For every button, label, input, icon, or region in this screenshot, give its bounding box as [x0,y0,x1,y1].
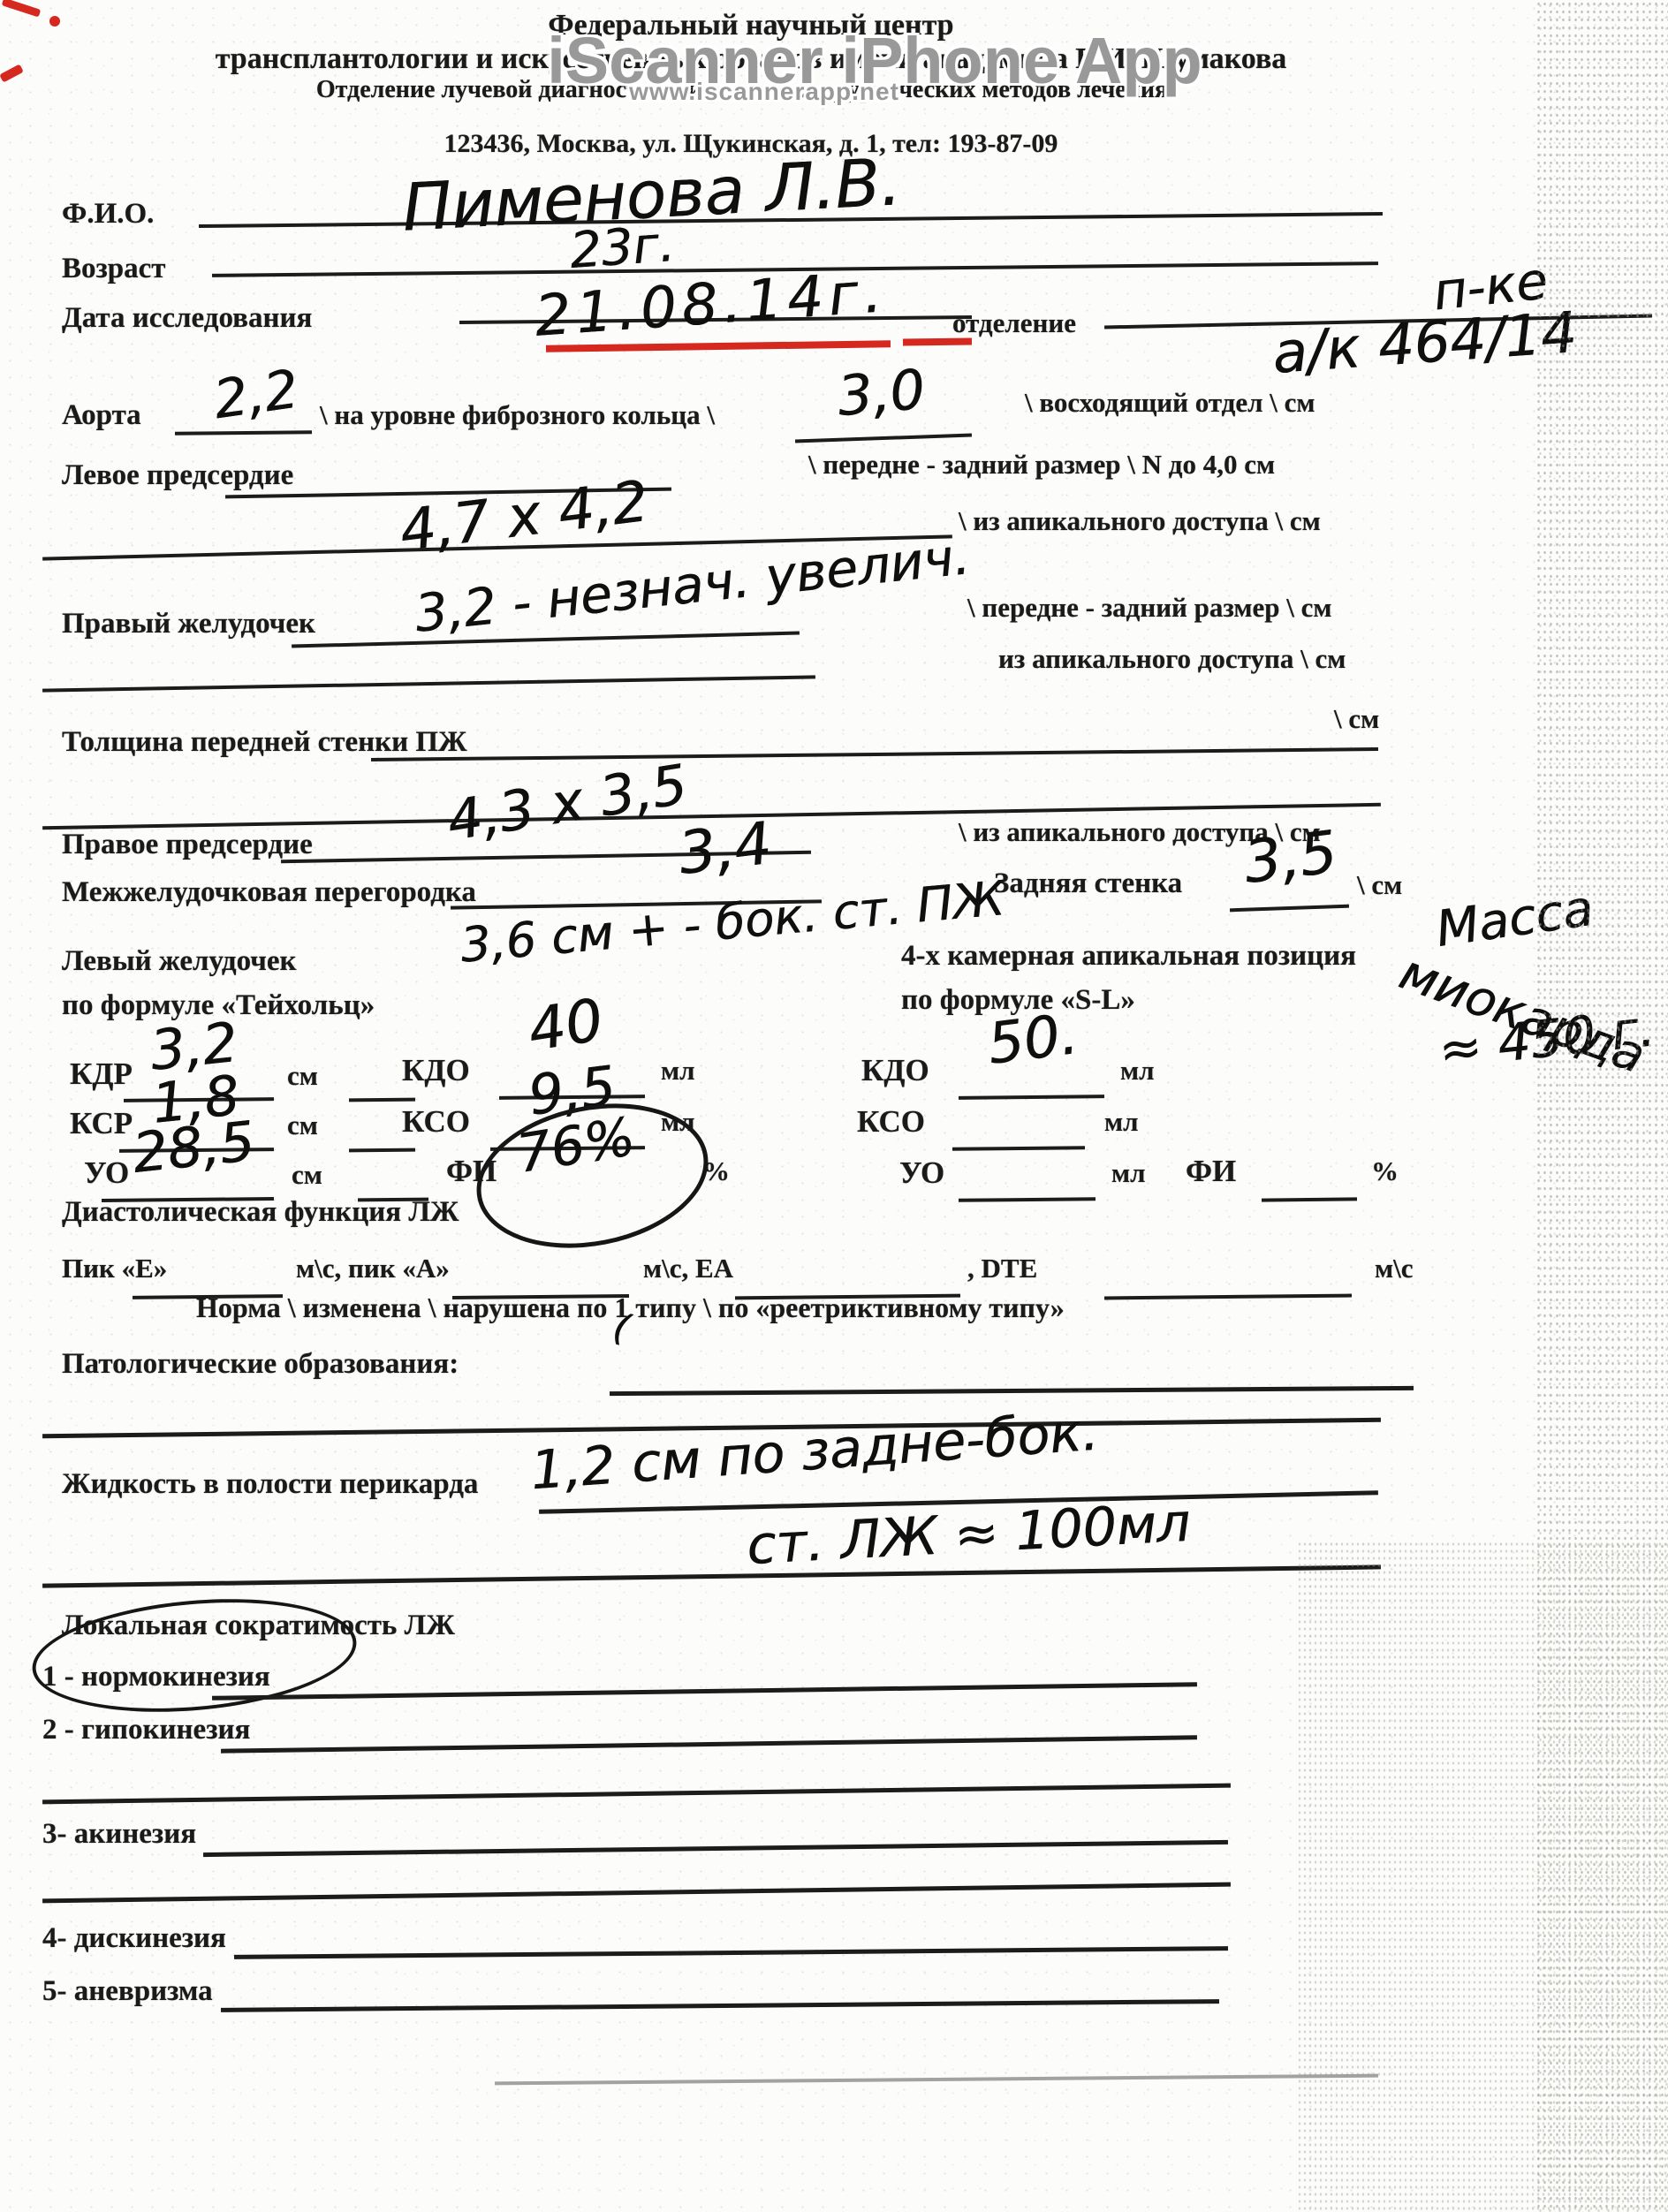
contractility-item-1: 1 - нормокинезия [42,1661,270,1693]
contractility-item-5: 5- аневризма [42,1975,213,2008]
rv-wall-line [371,747,1378,761]
sl-uo-unit: мл [1111,1157,1146,1189]
peak-a-unit-ea-label: м\с, ЕА [643,1253,733,1284]
mass-note-word1: Масса [1432,880,1596,958]
aorta-value2: 3,0 [835,357,928,428]
contractility-item-3: 3- акинезия [42,1818,196,1851]
left-atrium-value: 4,7 х 4,2 [397,469,652,564]
age-handwritten: 23г. [568,216,677,280]
kdo-unit: мл [661,1055,695,1087]
contractility-line-1 [212,1682,1197,1701]
kdo-value: 40 [523,986,607,1064]
diastolic-title: Диастолическая функция ЛЖ [62,1196,459,1229]
sl-kso-line [952,1146,1085,1151]
lv-header-line1: Левый желудочек [62,945,297,978]
sl-fi-unit: % [1371,1155,1399,1187]
sl-kso-label: КСО [857,1104,925,1140]
posterior-wall-line [1230,905,1349,913]
sl-fi-line [1262,1197,1357,1201]
divider-line [42,1882,1231,1904]
kdo-label: КДО [402,1053,470,1088]
left-atrium-right-label: \ передне - задний размер \ N до 4,0 см [808,449,1275,481]
contractility-line-2 [221,1735,1197,1753]
uo-value: 28,5 [130,1109,258,1186]
rv-wall-cm-label: \ см [1334,703,1379,735]
aorta-label: Аорта [62,399,141,432]
aorta-value-line [175,430,312,436]
contractility-item-4: 4- дискинезия [42,1922,226,1955]
ksr-unit: см [287,1110,318,1141]
red-pen-mark [0,64,24,82]
ksr-dash [349,1148,415,1153]
right-ventricle-right-label: \ передне - задний размер \ см [967,592,1332,624]
department-handwritten-bottom: а/к 464/14 [1270,300,1579,387]
posterior-wall-unit: \ см [1357,869,1402,901]
kso-label: КСО [402,1104,470,1140]
dte-unit: м\с [1375,1253,1414,1284]
dte-label: , DTE [967,1253,1037,1284]
contractility-line-3 [203,1840,1228,1857]
normokinesia-circle-annotation [27,1587,360,1724]
posterior-wall-value: 3,5 [1240,818,1341,897]
sl-kso-unit: мл [1104,1106,1139,1138]
pericardium-value-line1: 1,2 см по задне-бок. [528,1401,1100,1503]
septum-value: 3,4 [675,809,776,888]
contractility-line-4 [234,1946,1228,1959]
right-atrium-label: Правое предсердие [62,829,313,861]
uo-label: УО [84,1155,129,1191]
scan-artifact-line [495,2074,1378,2086]
ksr-label: КСР [70,1106,133,1141]
peak-e-label: Пик «Е» [62,1253,167,1284]
sl-kdo-unit: мл [1120,1055,1155,1087]
apical4-header-line1: 4-х камерная апикальная позиция [901,940,1356,973]
kdr-dash [349,1098,415,1102]
department-label: отделение [952,307,1076,339]
pathology-label: Патологические образования: [62,1348,459,1381]
aorta-right-label: \ восходящий отдел \ см [1025,387,1315,419]
sl-kdo-label: КДО [861,1053,929,1088]
peak-e-unit-a-label: м\с, пик «А» [296,1253,450,1284]
pathology-line [610,1386,1414,1396]
right-ventricle-apical-line [42,675,815,692]
left-atrium-label: Левое предсердие [62,459,293,492]
age-label: Возраст [62,253,165,285]
scanned-echo-report-page: Федеральный научный центр трансплантолог… [0,0,1668,2212]
dte-line [1104,1294,1352,1300]
sl-kdo-value: 50. [984,1002,1081,1078]
divider-line [42,1784,1231,1805]
sl-fi-label: ФИ [1186,1154,1236,1189]
aorta-mid-label: \ на уровне фиброзного кольца \ [320,399,715,431]
contractility-item-2: 2 - гипокинезия [42,1714,250,1746]
septum-label: Межжелудочковая перегородка [62,876,476,909]
scan-noise-bottom-corner [1297,1541,1668,2212]
sl-uo-line [959,1197,1096,1202]
kdr-unit: см [287,1060,318,1092]
left-atrium-apical-label: \ из апикального доступа \ см [959,505,1321,537]
pericardium-label: Жидкость в полости перикарда [62,1468,478,1501]
right-ventricle-line [292,631,800,648]
contractility-line-5 [221,1999,1219,2012]
watermark-site: www.iscannerapp.net [570,78,959,106]
sl-uo-label: УО [899,1155,944,1191]
aorta-value2-line [795,434,972,443]
fio-label: Ф.И.О. [62,198,154,231]
uo-unit: см [292,1159,322,1191]
aorta-value: 2,2 [210,359,302,432]
kdr-label: КДР [70,1057,133,1092]
right-ventricle-label: Правый желудочек [62,608,315,640]
divider-line [42,1564,1381,1587]
date-label: Дата исследования [62,302,312,335]
sl-kdo-line [959,1095,1104,1100]
red-pen-mark [2,0,42,18]
rv-wall-label: Толщина передней стенки ПЖ [62,726,467,759]
right-ventricle-apical-label: из апикального доступа \ см [998,643,1346,675]
red-pen-mark [49,16,60,27]
right-atrium-value: 4,3 х 3,5 [443,752,691,853]
posterior-wall-label: Задняя стенка [994,867,1182,900]
